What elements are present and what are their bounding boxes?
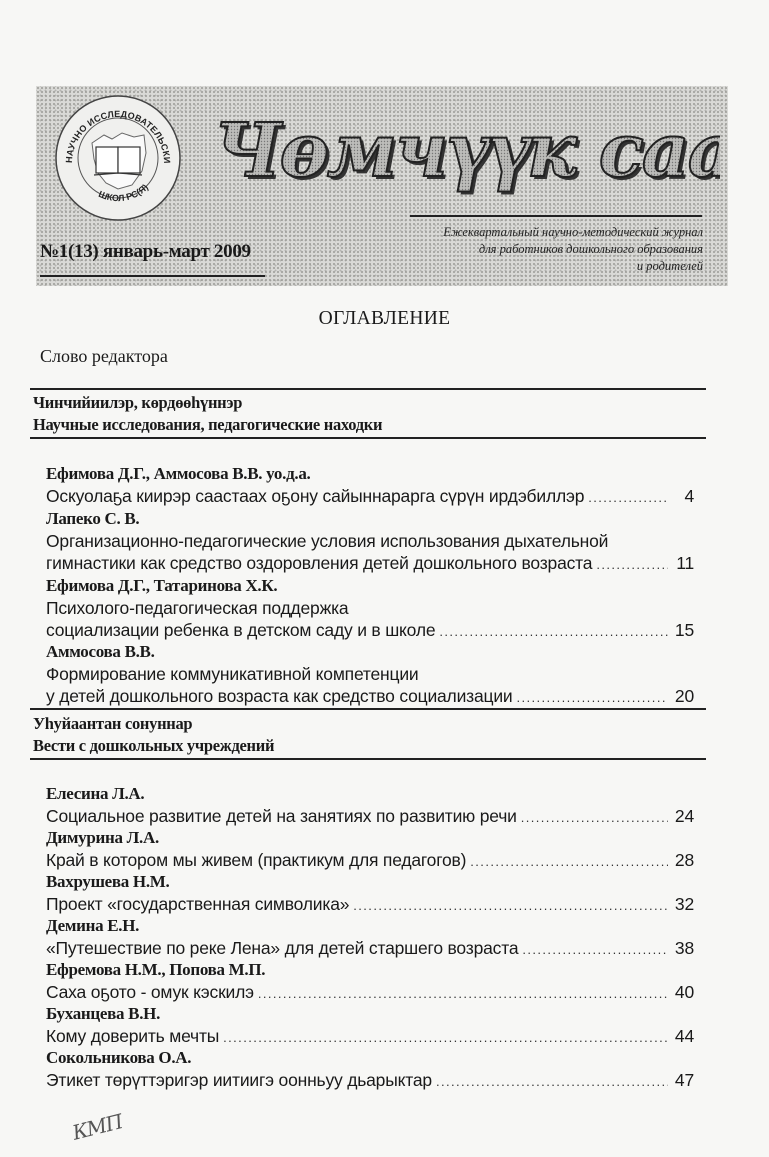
section-divider (30, 758, 706, 760)
leader-dots: ........................................… (522, 939, 668, 961)
toc-title: ОГЛАВЛЕНИЕ (0, 308, 769, 330)
entry-title: Формирование коммуникативной компетенции (46, 663, 419, 685)
leader-dots: ........................................… (516, 687, 668, 709)
journal-tagline: Ежеквартальный научно-методический журна… (373, 224, 703, 275)
entry-title: Оскуолаҕа киирэр саастаах оҕону сайыннар… (46, 485, 584, 507)
leader-dots: ........................................… (258, 983, 668, 1005)
entry-author: Ефимова Д.Г., Татаринова Х.К. (46, 575, 694, 597)
toc-entry[interactable]: Ефимова Д.Г., Аммосова В.В. уо.д.а. Оску… (46, 463, 694, 509)
entry-author: Демина Е.Н. (46, 915, 694, 937)
toc-entry[interactable]: Сокольникова О.А. Этикет төрүттэригэр ии… (46, 1047, 694, 1093)
toc-entry[interactable]: Лапеко С. В. Организационно-педагогическ… (46, 508, 694, 576)
entry-title: Социальное развитие детей на занятиях по… (46, 805, 517, 827)
entry-title: Психолого-педагогическая поддержка (46, 597, 348, 619)
entry-title: Организационно-педагогические условия ис… (46, 530, 608, 552)
entry-page: 4 (672, 485, 694, 507)
toc-editor-note: Слово редактора (40, 346, 168, 367)
entry-author: Сокольникова О.А. (46, 1047, 694, 1069)
entry-page: 24 (672, 805, 694, 827)
institute-seal-logo: НАУЧНО ИССЛЕДОВАТЕЛЬСКИЙ ИНСТИТУТ НАЦИОН… (52, 93, 184, 223)
entry-title: социализации ребенка в детском саду и в … (46, 619, 435, 641)
entry-title: Проект «государственная символика» (46, 893, 349, 915)
entry-page: 32 (672, 893, 694, 915)
entry-page: 11 (672, 552, 694, 574)
entry-page: 38 (672, 937, 694, 959)
issue-number: №1(13) январь-март 2009 (40, 241, 251, 263)
entry-title: «Путешествие по реке Лена» для детей ста… (46, 937, 518, 959)
leader-dots: ........................................… (223, 1027, 668, 1049)
toc-entry[interactable]: Демина Е.Н. «Путешествие по реке Лена» д… (46, 915, 694, 961)
entry-author: Буханцева В.Н. (46, 1003, 694, 1025)
leader-dots: ........................................… (521, 807, 668, 829)
entry-page: 28 (672, 849, 694, 871)
toc-entry[interactable]: Буханцева В.Н. Кому доверить мечты......… (46, 1003, 694, 1049)
leader-dots: ........................................… (588, 487, 668, 509)
leader-dots: ........................................… (353, 895, 668, 917)
entry-author: Димурина Л.А. (46, 827, 694, 849)
toc-entry[interactable]: Аммосова В.В. Формирование коммуникативн… (46, 641, 694, 709)
entry-title: Этикет төрүттэригэр иитиигэ оонньуу дьар… (46, 1069, 432, 1091)
entry-author: Аммосова В.В. (46, 641, 694, 663)
entry-page: 20 (672, 685, 694, 707)
section-divider (30, 708, 706, 710)
entry-page: 40 (672, 981, 694, 1003)
leader-dots: ........................................… (436, 1071, 668, 1093)
entry-author: Лапеко С. В. (46, 508, 694, 530)
toc-entry[interactable]: Ефимова Д.Г., Татаринова Х.К. Психолого-… (46, 575, 694, 643)
entry-title: гимнастики как средство оздоровления дет… (46, 552, 592, 574)
section-heading: Чинчийиилэр, көрдөөһүннэр Научные исслед… (33, 392, 382, 436)
leader-dots: ........................................… (596, 554, 668, 576)
leader-dots: ........................................… (439, 621, 668, 643)
toc-entry[interactable]: Ефремова Н.М., Попова М.П. Саха оҕото - … (46, 959, 694, 1005)
entry-page: 44 (672, 1025, 694, 1047)
entry-title: Край в котором мы живем (практикум для п… (46, 849, 466, 871)
issue-divider (40, 275, 265, 277)
entry-title: у детей дошкольного возраста как средств… (46, 685, 512, 707)
journal-title: Чөмчүүк саас (214, 108, 720, 194)
entry-author: Вахрушева Н.М. (46, 871, 694, 893)
toc-entry[interactable]: Вахрушева Н.М. Проект «государственная с… (46, 871, 694, 917)
section-heading: Уһуйаантан сонуннар Вести с дошкольных у… (33, 713, 274, 757)
entry-title: Саха оҕото - омук кэскилэ (46, 981, 254, 1003)
leader-dots: ........................................… (470, 851, 668, 873)
section-divider (30, 437, 706, 439)
entry-author: Елесина Л.А. (46, 783, 694, 805)
toc-entry[interactable]: Димурина Л.А. Край в котором мы живем (п… (46, 827, 694, 873)
handwritten-annotation: КМП (70, 1109, 125, 1144)
entry-page: 15 (672, 619, 694, 641)
masthead-divider (410, 215, 702, 217)
entry-page: 47 (672, 1069, 694, 1091)
entry-title: Кому доверить мечты (46, 1025, 219, 1047)
toc-entry[interactable]: Елесина Л.А. Социальное развитие детей н… (46, 783, 694, 829)
section-divider (30, 388, 706, 390)
entry-author: Ефимова Д.Г., Аммосова В.В. уо.д.а. (46, 463, 694, 485)
entry-author: Ефремова Н.М., Попова М.П. (46, 959, 694, 981)
journal-title-logo: Чөмчүүк саас Чөмчүүк саас (200, 92, 720, 202)
